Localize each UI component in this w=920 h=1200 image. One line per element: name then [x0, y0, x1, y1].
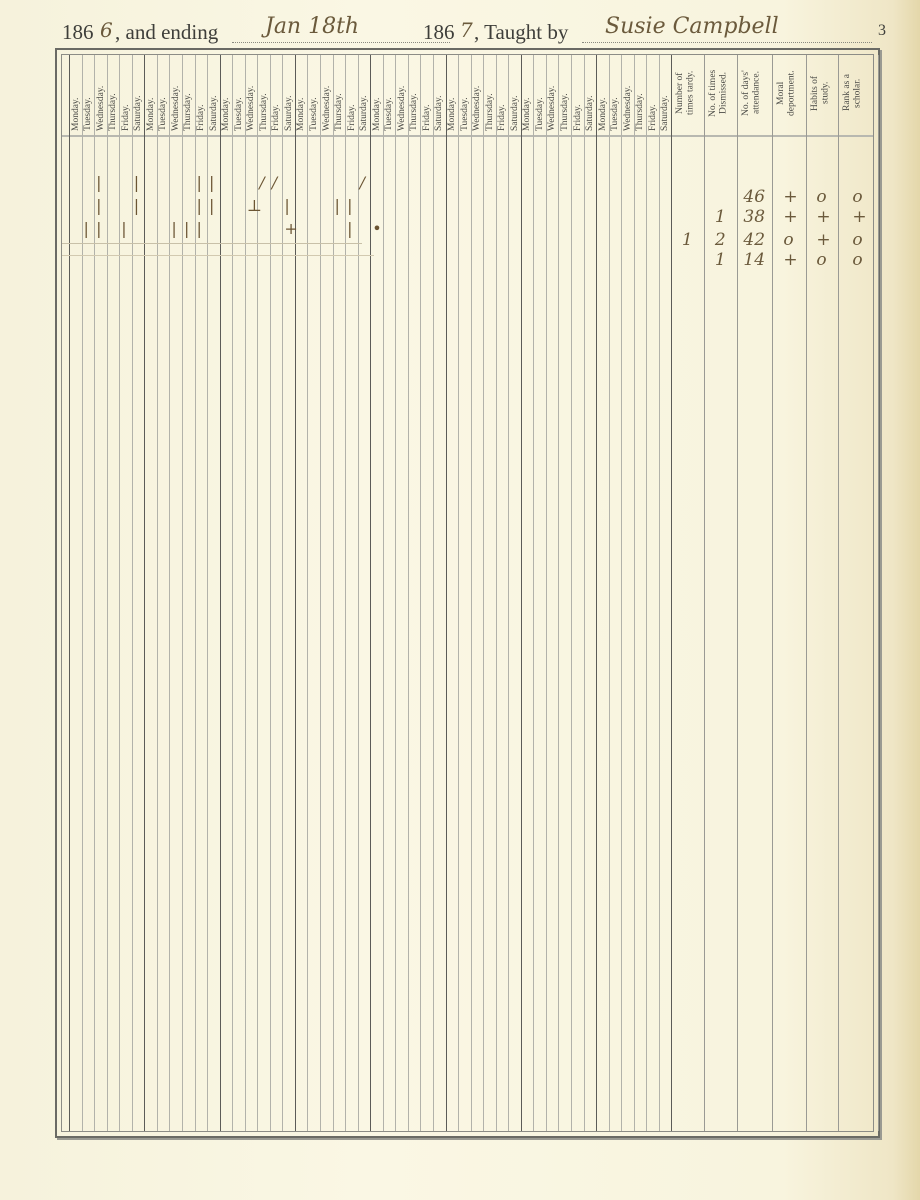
- cell-moral: +: [783, 207, 797, 227]
- absence-mark: /: [259, 175, 264, 191]
- day-column-divider: [646, 55, 647, 1131]
- day-header-wednesday: Wednesday.: [471, 61, 483, 131]
- day-header-saturday: Saturday.: [659, 61, 671, 131]
- absence-mark: |: [347, 198, 352, 214]
- absence-mark: |: [134, 198, 139, 214]
- day-column-divider: [307, 55, 308, 1131]
- header-rank: Rank as a scholar.: [842, 61, 874, 125]
- header-moral: Moral deportment.: [776, 61, 802, 125]
- day-column-divider: [220, 55, 221, 1131]
- day-column-divider: [471, 55, 472, 1131]
- day-column-divider: [270, 55, 271, 1131]
- day-header-saturday: Saturday.: [208, 61, 220, 131]
- day-header-thursday: Thursday.: [182, 61, 194, 131]
- absence-mark: |: [197, 175, 202, 191]
- day-column-divider: [69, 55, 70, 1131]
- day-header-saturday: Saturday.: [584, 61, 596, 131]
- header-habits: Habits of study.: [810, 61, 834, 125]
- day-column-divider: [383, 55, 384, 1131]
- absence-mark: |: [96, 221, 101, 237]
- summary-column-divider: [704, 55, 705, 1131]
- summary-column-divider: [878, 55, 879, 1131]
- day-column-divider: [634, 55, 635, 1131]
- day-column-divider: [659, 55, 660, 1131]
- cell-rank: o: [852, 187, 862, 207]
- summary-column-divider: [772, 55, 773, 1131]
- cell-dismissed: 1: [715, 207, 726, 227]
- day-header-friday: Friday.: [572, 61, 584, 131]
- absence-mark: |: [96, 175, 101, 191]
- day-column-divider: [508, 55, 509, 1131]
- cell-moral: +: [783, 250, 797, 270]
- day-header-monday: Monday.: [145, 61, 157, 131]
- cell-rank: o: [852, 250, 862, 270]
- cell-habits: +: [816, 207, 830, 227]
- ending-date-hand: Jan 18th: [265, 14, 359, 39]
- header-tardy: Number of times tardy.: [675, 61, 700, 125]
- absence-mark: |: [84, 221, 89, 237]
- cell-attendance: 46: [743, 187, 765, 207]
- row-rule: [62, 243, 362, 244]
- ending-date-line: [232, 42, 450, 43]
- day-column-divider: [157, 55, 158, 1131]
- day-header-monday: Monday.: [70, 61, 82, 131]
- absence-mark: |: [184, 221, 189, 237]
- absence-mark: |: [209, 175, 214, 191]
- day-header-wednesday: Wednesday.: [245, 61, 257, 131]
- day-column-divider: [521, 55, 522, 1131]
- absence-mark: +: [284, 221, 297, 237]
- day-header-friday: Friday.: [647, 61, 659, 131]
- day-header-tuesday: Tuesday.: [157, 61, 169, 131]
- day-column-divider: [182, 55, 183, 1131]
- attendance-grid: Monday.Tuesday.Wednesday.Thursday.Friday…: [61, 54, 874, 1132]
- teacher-name-hand: Susie Campbell: [605, 14, 779, 39]
- day-header-friday: Friday.: [120, 61, 132, 131]
- year-end-hand: 7: [460, 18, 473, 42]
- day-header-saturday: Saturday.: [358, 61, 370, 131]
- cell-rank: o: [852, 230, 862, 250]
- absence-mark: ⊥: [247, 198, 262, 214]
- day-column-divider: [584, 55, 585, 1131]
- cell-moral: +: [783, 187, 797, 207]
- day-column-divider: [558, 55, 559, 1131]
- day-header-tuesday: Tuesday.: [308, 61, 320, 131]
- day-column-divider: [232, 55, 233, 1131]
- day-header-friday: Friday.: [346, 61, 358, 131]
- day-column-divider: [195, 55, 196, 1131]
- cell-attendance: 38: [743, 207, 765, 227]
- day-header-wednesday: Wednesday.: [95, 61, 107, 131]
- day-header-tuesday: Tuesday.: [233, 61, 245, 131]
- attendance-grid-frame: Monday.Tuesday.Wednesday.Thursday.Friday…: [55, 48, 880, 1138]
- cell-rank: +: [852, 207, 866, 227]
- day-column-divider: [571, 55, 572, 1131]
- and-ending-label: , and ending: [115, 20, 218, 45]
- absence-mark: |: [284, 198, 289, 214]
- day-column-divider: [107, 55, 108, 1131]
- summary-column-divider: [737, 55, 738, 1131]
- day-header-tuesday: Tuesday.: [82, 61, 94, 131]
- absence-mark: |: [197, 221, 202, 237]
- day-header-friday: Friday.: [195, 61, 207, 131]
- cell-habits: o: [816, 250, 826, 270]
- day-header-saturday: Saturday.: [132, 61, 144, 131]
- row-rule: [62, 255, 374, 256]
- day-column-divider: [169, 55, 170, 1131]
- day-header-wednesday: Wednesday.: [170, 61, 182, 131]
- absence-mark: |: [197, 198, 202, 214]
- day-header-monday: Monday.: [371, 61, 383, 131]
- day-header-friday: Friday.: [270, 61, 282, 131]
- year-start-printed: 186: [62, 20, 94, 45]
- cell-dismissed: 2: [715, 230, 726, 250]
- day-header-friday: Friday.: [421, 61, 433, 131]
- day-header-wednesday: Wednesday.: [546, 61, 558, 131]
- day-header-monday: Monday.: [597, 61, 609, 131]
- day-column-divider: [320, 55, 321, 1131]
- absence-mark: /: [360, 175, 365, 191]
- teacher-line: [582, 42, 872, 43]
- day-header-tuesday: Tuesday.: [534, 61, 546, 131]
- day-header-friday: Friday.: [496, 61, 508, 131]
- day-column-divider: [483, 55, 484, 1131]
- cell-habits: +: [816, 230, 830, 250]
- day-column-divider: [82, 55, 83, 1131]
- day-column-divider: [596, 55, 597, 1131]
- day-header-saturday: Saturday.: [433, 61, 445, 131]
- cell-habits: o: [816, 187, 826, 207]
- day-column-divider: [282, 55, 283, 1131]
- day-column-divider: [408, 55, 409, 1131]
- absence-mark: |: [121, 221, 126, 237]
- day-column-divider: [496, 55, 497, 1131]
- day-header-tuesday: Tuesday.: [609, 61, 621, 131]
- day-column-divider: [370, 55, 371, 1131]
- day-header-monday: Monday.: [521, 61, 533, 131]
- header-separator: [62, 135, 873, 137]
- day-column-divider: [458, 55, 459, 1131]
- cell-dismissed: 1: [715, 250, 726, 270]
- summary-column-divider: [838, 55, 839, 1131]
- day-header-thursday: Thursday.: [559, 61, 571, 131]
- day-column-divider: [94, 55, 95, 1131]
- day-header-saturday: Saturday.: [509, 61, 521, 131]
- day-column-divider: [345, 55, 346, 1131]
- day-header-saturday: Saturday.: [283, 61, 295, 131]
- absence-mark: /: [272, 175, 277, 191]
- day-header-tuesday: Tuesday.: [459, 61, 471, 131]
- cell-tardy: 1: [682, 230, 693, 250]
- absence-mark: |: [347, 221, 352, 237]
- day-column-divider: [395, 55, 396, 1131]
- day-header-thursday: Thursday.: [333, 61, 345, 131]
- cell-moral: o: [783, 230, 793, 250]
- day-column-divider: [144, 55, 145, 1131]
- day-column-divider: [546, 55, 547, 1131]
- taught-by-label: , Taught by: [474, 20, 568, 45]
- day-column-divider: [420, 55, 421, 1131]
- page-number: 3: [878, 22, 886, 40]
- day-header-wednesday: Wednesday.: [321, 61, 333, 131]
- cell-attendance: 42: [743, 230, 765, 250]
- day-header-monday: Monday.: [295, 61, 307, 131]
- day-column-divider: [621, 55, 622, 1131]
- day-column-divider: [295, 55, 296, 1131]
- day-header-wednesday: Wednesday.: [396, 61, 408, 131]
- header-attendance: No. of days' attendance.: [741, 61, 768, 125]
- summary-column-divider: [671, 55, 672, 1131]
- day-column-divider: [533, 55, 534, 1131]
- register-header: 186 6 , and ending Jan 18th 186 7 , Taug…: [60, 16, 890, 50]
- day-column-divider: [358, 55, 359, 1131]
- cell-attendance: 14: [743, 250, 765, 270]
- absence-mark: |: [134, 175, 139, 191]
- year-start-hand: 6: [100, 18, 113, 42]
- day-column-divider: [333, 55, 334, 1131]
- day-header-thursday: Thursday.: [107, 61, 119, 131]
- day-header-thursday: Thursday.: [634, 61, 646, 131]
- day-header-thursday: Thursday.: [258, 61, 270, 131]
- day-header-wednesday: Wednesday.: [622, 61, 634, 131]
- day-header-thursday: Thursday.: [408, 61, 420, 131]
- day-column-divider: [257, 55, 258, 1131]
- day-header-monday: Monday.: [446, 61, 458, 131]
- summary-column-divider: [806, 55, 807, 1131]
- absence-mark: |: [96, 198, 101, 214]
- day-header-thursday: Thursday.: [484, 61, 496, 131]
- day-column-divider: [433, 55, 434, 1131]
- day-column-divider: [446, 55, 447, 1131]
- absence-mark: |: [335, 198, 340, 214]
- day-header-tuesday: Tuesday.: [383, 61, 395, 131]
- day-column-divider: [132, 55, 133, 1131]
- absence-mark: |: [209, 198, 214, 214]
- day-column-divider: [119, 55, 120, 1131]
- day-header-monday: Monday.: [220, 61, 232, 131]
- absence-mark: |: [171, 221, 176, 237]
- year-end-printed: 186: [423, 20, 455, 45]
- header-dismissed: No. of times Dismissed.: [708, 61, 733, 125]
- day-column-divider: [207, 55, 208, 1131]
- day-column-divider: [609, 55, 610, 1131]
- day-column-divider: [245, 55, 246, 1131]
- absence-mark: •: [372, 221, 381, 237]
